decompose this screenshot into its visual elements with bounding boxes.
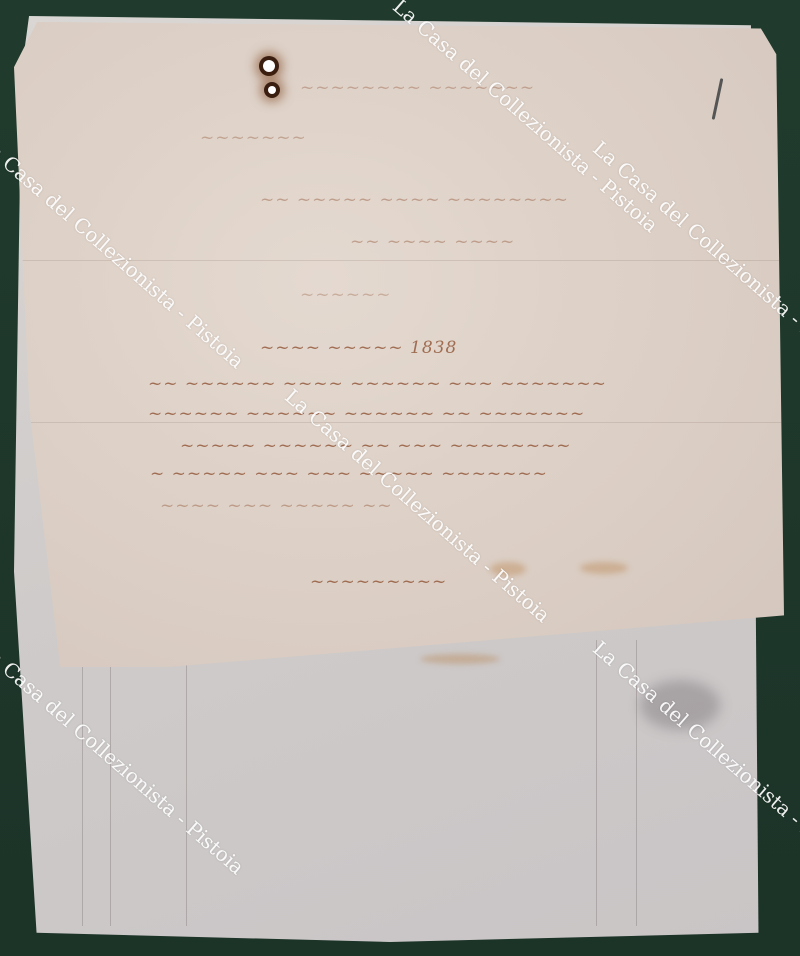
handwriting-line: ~~ ~~~~~~ ~~~~ ~~~~~~ ~~~ ~~~~~~~ [148, 374, 607, 394]
handwriting-line: ~~~~~~ [300, 285, 391, 305]
handwriting-line: ~~~~ ~~~ ~~~~~ ~~ [160, 496, 393, 516]
handwriting-line: ~~ ~~~~ ~~~~ [350, 232, 515, 252]
handwriting-line: ~~ ~~~~~ ~~~~ ~~~~~~~~ [260, 190, 569, 210]
handwriting-line: ~ ~~~~~ ~~~ ~~~ ~~~~~ ~~~~~~~ [150, 464, 548, 484]
foxing-stain [420, 654, 500, 664]
handwriting-line: ~~~~~~ ~~~~~~ ~~~~~~ ~~ ~~~~~~~ [148, 404, 585, 424]
signature: ~~~~~~~~~ [310, 572, 447, 592]
burn-hole-icon [263, 60, 275, 72]
foxing-stain [580, 562, 628, 574]
ruled-line [596, 640, 597, 926]
date-line: ~~~~ ~~~~~ 1838 [260, 338, 457, 358]
ruled-line [110, 640, 111, 926]
handwriting-line: ~~~~~~~ [200, 128, 307, 148]
burn-hole-icon [268, 86, 276, 94]
ruled-line [82, 640, 83, 926]
ruled-line [186, 640, 187, 926]
